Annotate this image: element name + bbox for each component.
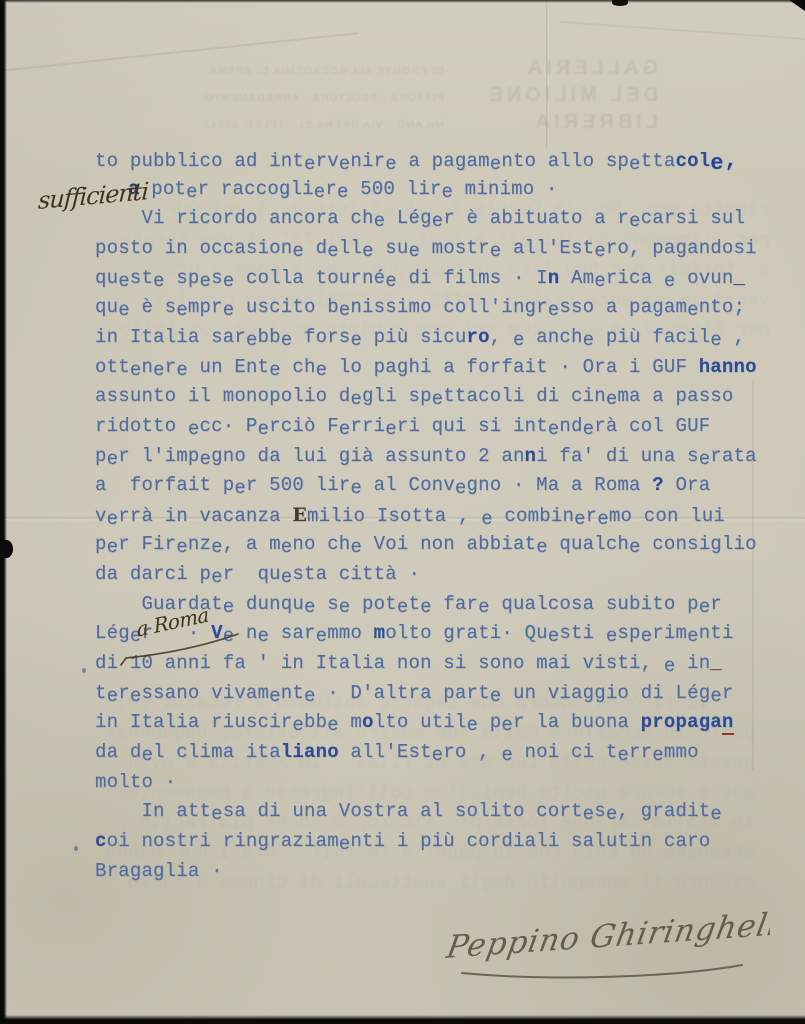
scan-edge xyxy=(0,1015,805,1024)
letter-line: que è sempre uscito benissimo coll'ingre… xyxy=(95,296,745,318)
letter-line: in Italia sarebbe forse più sicuro, e an… xyxy=(95,326,745,348)
signature-flourish xyxy=(462,965,742,977)
letter-line: a forfait per 500 lire al Convegno · Ma … xyxy=(95,474,710,496)
ink-dot xyxy=(74,846,78,851)
letter-line: da del clima italiano all'Estero , e noi… xyxy=(95,741,699,763)
letter-body: to pubblico ad intervenire a pagamento a… xyxy=(0,0,805,1024)
letter-line: In attesa di una Vostra al solito cortes… xyxy=(95,800,722,822)
letter-line: per l'impegno da lui già assunto 2 anni … xyxy=(95,445,757,467)
letter-line: Vi ricordo ancora che Léger è abituato a… xyxy=(95,207,745,229)
scan-edge xyxy=(0,0,7,1024)
letter-line: ridotto ecc· Perciò Ferrieri qui si inte… xyxy=(95,415,710,437)
letter-line: to pubblico ad intervenire a pagamento a… xyxy=(95,148,739,173)
signature-name: Peppino Ghiringhelli xyxy=(443,906,770,966)
letter-line: ottenere un Ente che lo paghi a forfait … xyxy=(95,356,757,378)
letter-line: posto in occasione delle sue mostre all'… xyxy=(95,237,757,259)
letter-paper: GALLERIA DEL MILIONE LIBRERIA DI FRONTE … xyxy=(0,0,805,1024)
scan-edge-notch xyxy=(612,0,628,6)
letter-line: a poter raccogliere 500 lire minimo · xyxy=(128,178,558,200)
letter-line: in Italia riuscirebbe molto utile per la… xyxy=(95,711,734,733)
letter-line: Bragaglia · xyxy=(95,860,223,882)
letter-line: coi nostri ringraziamenti i più cordiali… xyxy=(95,830,710,852)
signature-block: Peppino Ghiringhelli xyxy=(430,885,770,997)
letter-line: teressano vivamente · D'altra parte un v… xyxy=(95,682,734,704)
letter-line: molto · xyxy=(95,771,176,793)
letter-line: per Firenze, a meno che Voi non abbiate … xyxy=(95,533,757,555)
scan-edge-notch xyxy=(0,540,13,558)
letter-line: verrà in vacanza Emilio Isotta , e combi… xyxy=(95,504,725,527)
scan-edge xyxy=(0,0,805,3)
letter-line: queste spese colla tournée di films · In… xyxy=(95,267,745,289)
letter-line: assunto il monopolio degli spettacoli di… xyxy=(95,385,734,407)
ink-dot xyxy=(82,668,86,673)
insertion-caret-stroke xyxy=(114,630,246,672)
letter-line: da darci per questa città · xyxy=(95,563,420,585)
